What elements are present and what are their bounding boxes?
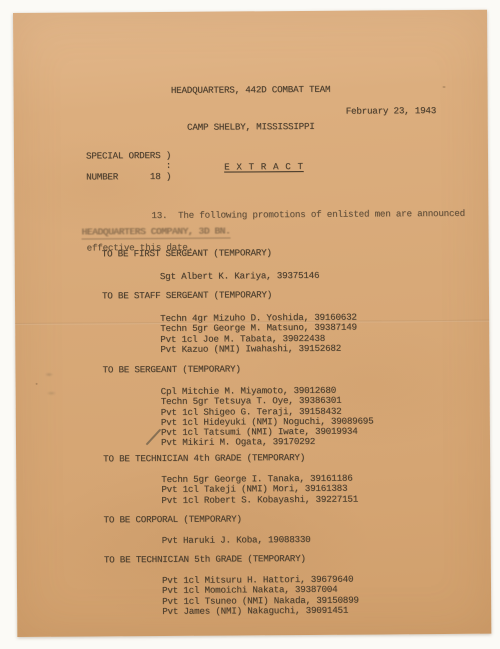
rank-names-list: Cpl Mitchie M. Miyamoto, 39012680 Techn … xyxy=(161,385,374,448)
rank-names-list: Sgt Albert K. Kariya, 39375146 xyxy=(160,271,319,282)
org-header-line2: CAMP SHELBY, MISSISSIPPI xyxy=(14,120,488,136)
org-header-line1: HEADQUARTERS, 442D COMBAT TEAM xyxy=(14,83,488,99)
rank-names-list: Techn 4gr Mizuho D. Yoshida, 39160632 Te… xyxy=(160,313,357,356)
rank-names-list: Techn 5gr George I. Tanaka, 39161186 Pvt… xyxy=(161,474,358,506)
rank-section-heading: TO BE STAFF SERGEANT (TEMPORARY) xyxy=(102,290,272,301)
scan-background: { "document": { "org_line1": "HEADQUARTE… xyxy=(0,0,500,649)
extract-heading: E X T R A C T xyxy=(224,162,304,173)
paragraph-line-1: 13. The following promotions of enlisted… xyxy=(86,208,465,221)
pencil-smudge xyxy=(43,368,57,402)
pencil-check-mark xyxy=(146,429,162,446)
company-heading: HEADQUARTERS COMPANY, 3D BN. xyxy=(81,226,230,239)
rank-names-list: Pvt Haruki J. Koba, 19088330 xyxy=(162,535,311,546)
special-orders-block: SPECIAL ORDERS ) : NUMBER 18 ) xyxy=(86,151,171,182)
rank-section-heading: TO BE SERGEANT (TEMPORARY) xyxy=(102,364,240,375)
paper-speck xyxy=(225,213,227,215)
rank-names-list: Pvt 1cl Mitsuru H. Hattori, 39679640 Pvt… xyxy=(162,575,359,618)
paper-speck xyxy=(36,383,38,385)
rank-section-heading: TO BE CORPORAL (TEMPORARY) xyxy=(104,514,242,525)
document-date: February 23, 1943 xyxy=(346,106,436,117)
rank-section-heading: TO BE TECHNICIAN 4th GRADE (TEMPORARY) xyxy=(103,453,305,465)
document-page: HEADQUARTERS, 442D COMBAT TEAM CAMP SHEL… xyxy=(13,10,491,637)
rank-section-heading: TO BE FIRST SERGEANT (TEMPORARY) xyxy=(102,248,272,259)
paper-speck xyxy=(443,86,446,88)
rank-section-heading: TO BE TECHNICIAN 5th GRADE (TEMPORARY) xyxy=(104,554,306,566)
